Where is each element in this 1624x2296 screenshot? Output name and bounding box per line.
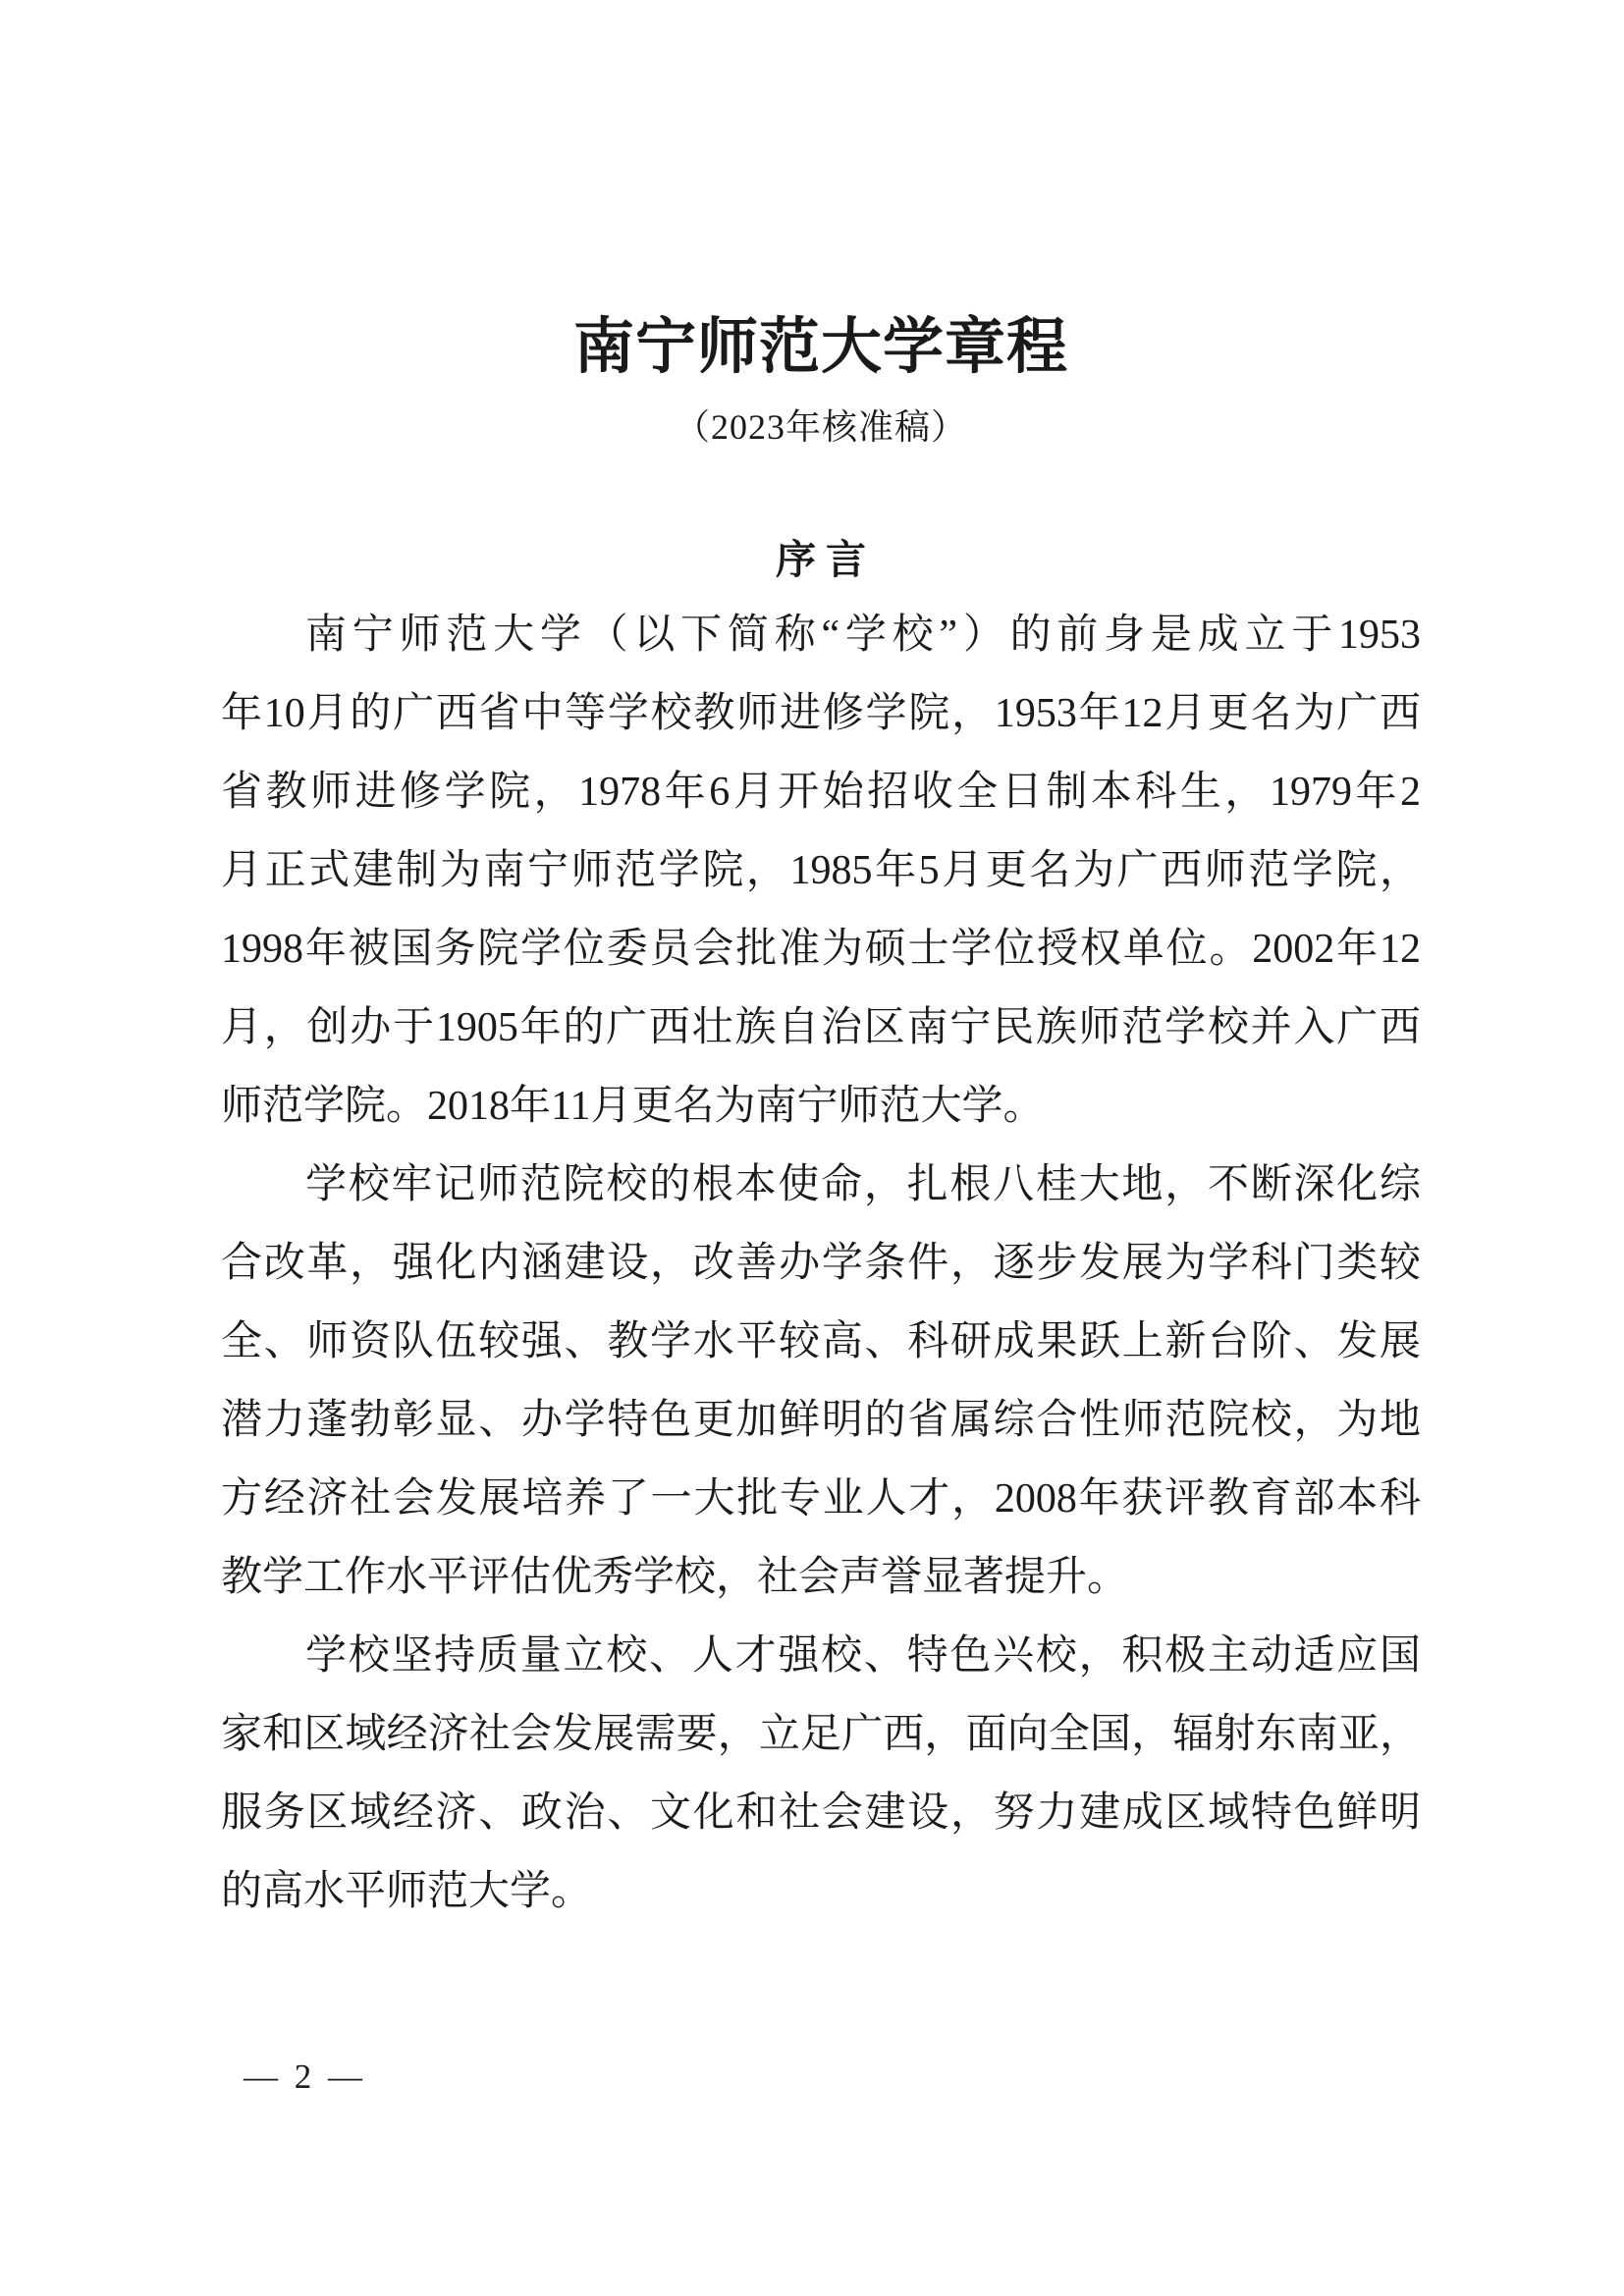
document-title: 南宁师范大学章程	[221, 297, 1421, 385]
preface-paragraph-2: 学校牢记师范院校的根本使命，扎根八桂大地，不断深化综 合改革，强化内涵建设，改善…	[221, 1146, 1421, 1617]
text-line: 合改革，强化内涵建设，改善办学条件，逐步发展为学科门类较	[221, 1224, 1421, 1303]
document-page: 南宁师范大学章程 （2023年核准稿） 序言 南宁师范大学（以下简称“学校”）的…	[0, 0, 1624, 2296]
text-line: 潜力蓬勃彰显、办学特色更加鲜明的省属综合性师范院校，为地	[221, 1381, 1421, 1460]
text-line: 1998年被国务院学位委员会批准为硕士学位授权单位。2002年12	[221, 910, 1421, 988]
text-line: 方经济社会发展培养了一大批专业人才，2008年获评教育部本科	[221, 1460, 1421, 1538]
preface-body: 南宁师范大学（以下简称“学校”）的前身是成立于1953 年10月的广西省中等学校…	[221, 596, 1421, 1931]
text-line: 服务区域经济、政治、文化和社会建设，努力建成区域特色鲜明	[221, 1774, 1421, 1852]
preface-paragraph-3: 学校坚持质量立校、人才强校、特色兴校，积极主动适应国 家和区域经济社会发展需要，…	[221, 1617, 1421, 1931]
text-line: 省教师进修学院，1978年6月开始招收全日制本科生，1979年2	[221, 753, 1421, 831]
text-line: 的高水平师范大学。	[221, 1852, 1421, 1931]
document-subtitle: （2023年核准稿）	[221, 400, 1421, 450]
preface-paragraph-1: 南宁师范大学（以下简称“学校”）的前身是成立于1953 年10月的广西省中等学校…	[221, 596, 1421, 1146]
text-line: 家和区域经济社会发展需要，立足广西，面向全国，辐射东南亚，	[221, 1695, 1421, 1774]
text-line: 年10月的广西省中等学校教师进修学院，1953年12月更名为广西	[221, 674, 1421, 753]
text-line: 教学工作水平评估优秀学校，社会声誉显著提升。	[221, 1538, 1421, 1617]
section-heading-preface: 序言	[221, 527, 1421, 585]
text-line: 月，创办于1905年的广西壮族自治区南宁民族师范学校并入广西	[221, 988, 1421, 1067]
page-number: — 2 —	[244, 2057, 366, 2097]
text-line: 学校牢记师范院校的根本使命，扎根八桂大地，不断深化综	[221, 1146, 1421, 1224]
text-line: 师范学院。2018年11月更名为南宁师范大学。	[221, 1067, 1421, 1146]
text-line: 全、师资队伍较强、教学水平较高、科研成果跃上新台阶、发展	[221, 1303, 1421, 1381]
text-line: 学校坚持质量立校、人才强校、特色兴校，积极主动适应国	[221, 1617, 1421, 1695]
text-line: 月正式建制为南宁师范学院，1985年5月更名为广西师范学院，	[221, 831, 1421, 910]
text-line: 南宁师范大学（以下简称“学校”）的前身是成立于1953	[221, 596, 1421, 674]
